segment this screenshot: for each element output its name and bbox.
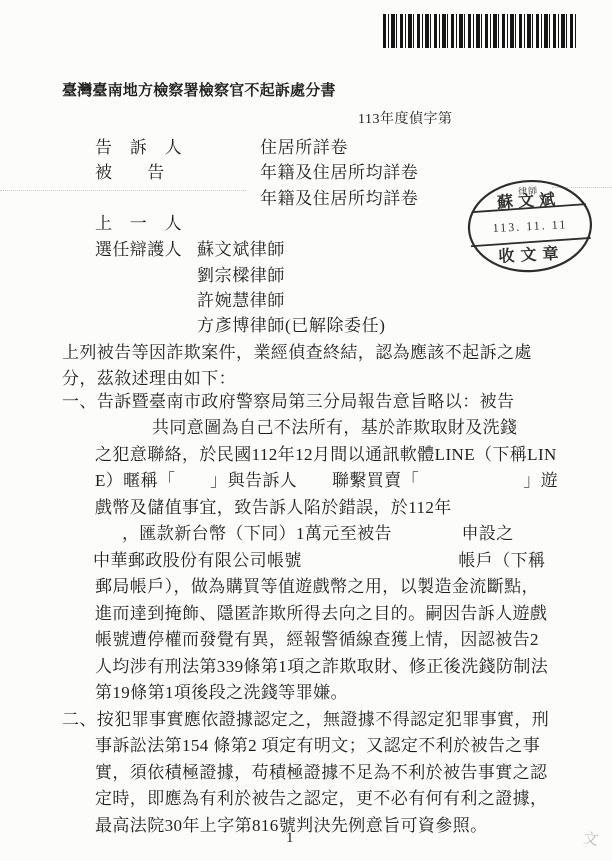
body-line: 人均涉有刑法第339條第1項之詐欺取財、修正後洗錢防制法 [95,657,548,677]
party-value-defendant-2: 年籍及住居所均詳卷 [260,189,418,209]
body-line: E）暱稱「 」與告訴人 聯繫買賣「 」遊 [95,471,558,491]
receipt-stamp-graphic: 律師 蘇文斌 113. 11. 11 收文章 [464,176,601,279]
scan-fold-line-left [0,190,246,191]
intro-line-2: 分，茲敘述理由如下： [62,369,236,389]
body-line: 帳號遭停權而發覺有異，經報警循線查獲上情，因認被告2 [95,630,539,650]
lawyer-name-4: 方彥博律師(已解除委任) [197,316,386,336]
body-line: 郵局帳戶），做為購買等值遊戲幣之用，以製造金流斷點， [95,577,539,597]
party-value-complainant: 住居所詳卷 [260,138,348,158]
lawyer-name-1: 蘇文斌律師 [197,240,285,260]
lawyer-name-2: 劉宗樑律師 [197,266,285,286]
body-line: 中華郵政股份有限公司帳號 帳戶（下稱 [93,551,545,571]
intro-line-1: 上列被告等因詐欺案件，業經偵查終結，認為應該不起訴之處 [62,343,532,363]
body-line: 戲幣及儲值事宜，致告訴人陷於錯誤，於112年 [95,498,452,518]
barcode [383,14,577,48]
stamp-date-text: 113. 11. 11 [492,217,567,235]
body-line: 實，須依積極證據，苟積極證據不足為不利於被告事實之認 [95,763,547,783]
document-page: 臺灣臺南地方檢察署檢察官不起訴處分書 113年度偵字第 告 訴 人 住居所詳卷 … [0,0,612,861]
party-label-complainant: 告 訴 人 [95,138,182,158]
body-line: 二、按犯罪事實應依證據認定之，無證據不得認定犯罪事實，刑 [62,710,549,730]
body-line: 之犯意聯絡，於民國112年12月間以通訊軟體LINE（下稱LIN [95,445,557,465]
stamp-caption-text: 收文章 [498,243,565,265]
body-line: ，匯款新台幣（下同）1萬元至被告 申設之 [122,524,514,544]
stamp-name-text: 蘇文斌 [497,190,561,212]
scan-artifact-glyph: 文 [582,831,599,850]
party-value-defendant-1: 年籍及住居所均詳卷 [260,163,418,183]
body-line: 事訴訟法第154 條第2 項定有明文；又認定不利於被告之事 [95,736,540,756]
body-line: 進而達到掩飾、隱匿詐欺所得去向之目的。嗣因告訴人遊戲 [95,604,547,624]
body-line: 共同意圖為自己不法所有，基於詐欺取財及洗錢 [152,418,517,438]
receipt-stamp: 律師 蘇文斌 113. 11. 11 收文章 [464,176,601,279]
page-number: 1 [286,830,294,847]
body-line: 定時，即應為有利於被告之認定，更不必有何有利之證據， [95,789,547,809]
lawyer-name-3: 許婉慧律師 [197,291,285,311]
party-label-defense-counsel: 選任辯護人 [95,240,182,260]
document-title: 臺灣臺南地方檢察署檢察官不起訴處分書 [62,83,336,100]
case-number: 113年度偵字第 [358,112,452,128]
body-line: 一、告訴暨臺南市政府警察局第三分局報告意旨略以：被告 [62,392,514,412]
party-label-above-person: 上 一 人 [95,214,182,234]
party-label-defendant: 被 告 [95,163,165,183]
body-line: 第19條第1項後段之洗錢等罪嫌。 [95,683,348,703]
